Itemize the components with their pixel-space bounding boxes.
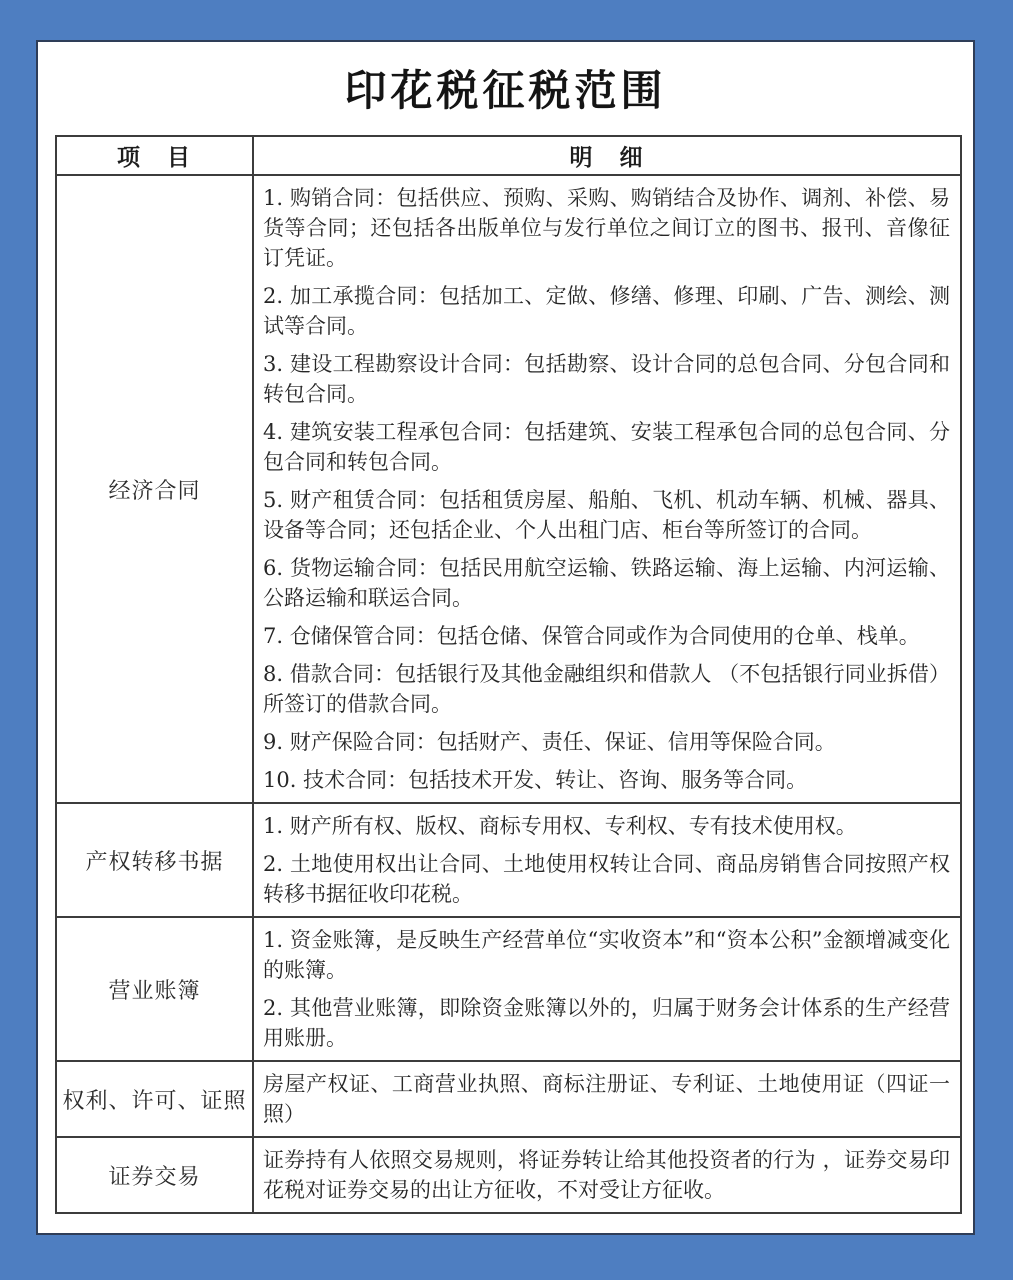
detail-paragraph: 1. 资金账簿，是反映生产经营单位“实收资本”和“资本公积”金额增减变化的账簿。 <box>263 925 950 985</box>
row-detail-cell: 房屋产权证、工商营业执照、商标注册证、专利证、土地使用证（四证一照） <box>253 1061 961 1137</box>
page-title: 印花税征税范围 <box>38 66 973 116</box>
row-detail-cell: 1. 资金账簿，是反映生产经营单位“实收资本”和“资本公积”金额增减变化的账簿。… <box>253 917 961 1061</box>
detail-paragraph: 房屋产权证、工商营业执照、商标注册证、专利证、土地使用证（四证一照） <box>263 1069 950 1129</box>
table-row-rights-licenses-certificates: 权利、许可、证照 房屋产权证、工商营业执照、商标注册证、专利证、土地使用证（四证… <box>56 1061 961 1137</box>
document-page: 印花税征税范围 项 目 明 细 经济合同 1. 购销合同：包括供应、预购、采购、… <box>36 40 975 1235</box>
table-row-economic-contracts: 经济合同 1. 购销合同：包括供应、预购、采购、购销结合及协作、调剂、补偿、易货… <box>56 175 961 803</box>
detail-paragraph: 2. 土地使用权出让合同、土地使用权转让合同、商品房销售合同按照产权转移书据征收… <box>263 849 950 909</box>
row-item-label: 经济合同 <box>56 175 253 803</box>
header-detail-column: 明 细 <box>253 136 961 175</box>
detail-paragraph: 6. 货物运输合同：包括民用航空运输、铁路运输、海上运输、内河运输、公路运输和联… <box>263 553 950 613</box>
detail-paragraph: 7. 仓储保管合同：包括仓储、保管合同或作为合同使用的仓单、栈单。 <box>263 621 950 651</box>
row-item-label: 营业账簿 <box>56 917 253 1061</box>
detail-paragraph: 9. 财产保险合同：包括财产、责任、保证、信用等保险合同。 <box>263 727 950 757</box>
detail-paragraph: 证券持有人依照交易规则，将证券转让给其他投资者的行为 ，证券交易印花税对证券交易… <box>263 1145 950 1205</box>
detail-paragraph: 8. 借款合同：包括银行及其他金融组织和借款人 （不包括银行同业拆借）所签订的借… <box>263 659 950 719</box>
detail-paragraph: 5. 财产租赁合同：包括租赁房屋、船舶、飞机、机动车辆、机械、器具、设备等合同；… <box>263 485 950 545</box>
row-detail-cell: 1. 财产所有权、版权、商标专用权、专利权、专有技术使用权。 2. 土地使用权出… <box>253 803 961 917</box>
detail-paragraph: 2. 其他营业账簿，即除资金账簿以外的，归属于财务会计体系的生产经营用账册。 <box>263 993 950 1053</box>
detail-paragraph: 1. 财产所有权、版权、商标专用权、专利权、专有技术使用权。 <box>263 811 950 841</box>
detail-paragraph: 2. 加工承揽合同：包括加工、定做、修缮、修理、印刷、广告、测绘、测试等合同。 <box>263 281 950 341</box>
stamp-tax-scope-table: 项 目 明 细 经济合同 1. 购销合同：包括供应、预购、采购、购销结合及协作、… <box>55 135 962 1214</box>
row-detail-cell: 1. 购销合同：包括供应、预购、采购、购销结合及协作、调剂、补偿、易货等合同；还… <box>253 175 961 803</box>
screenshot-canvas: 印花税征税范围 项 目 明 细 经济合同 1. 购销合同：包括供应、预购、采购、… <box>0 0 1013 1280</box>
table-row-securities-trading: 证券交易 证券持有人依照交易规则，将证券转让给其他投资者的行为 ，证券交易印花税… <box>56 1137 961 1213</box>
detail-paragraph: 3. 建设工程勘察设计合同：包括勘察、设计合同的总包合同、分包合同和转包合同。 <box>263 349 950 409</box>
detail-paragraph: 4. 建筑安装工程承包合同：包括建筑、安装工程承包合同的总包合同、分包合同和转包… <box>263 417 950 477</box>
table-row-property-transfer-documents: 产权转移书据 1. 财产所有权、版权、商标专用权、专利权、专有技术使用权。 2.… <box>56 803 961 917</box>
table-row-business-account-books: 营业账簿 1. 资金账簿，是反映生产经营单位“实收资本”和“资本公积”金额增减变… <box>56 917 961 1061</box>
row-item-label: 证券交易 <box>56 1137 253 1213</box>
row-detail-cell: 证券持有人依照交易规则，将证券转让给其他投资者的行为 ，证券交易印花税对证券交易… <box>253 1137 961 1213</box>
row-item-label: 产权转移书据 <box>56 803 253 917</box>
detail-paragraph: 1. 购销合同：包括供应、预购、采购、购销结合及协作、调剂、补偿、易货等合同；还… <box>263 183 950 273</box>
header-item-column: 项 目 <box>56 136 253 175</box>
row-item-label: 权利、许可、证照 <box>56 1061 253 1137</box>
table-header-row: 项 目 明 细 <box>56 136 961 175</box>
detail-paragraph: 10. 技术合同：包括技术开发、转让、咨询、服务等合同。 <box>263 765 950 795</box>
